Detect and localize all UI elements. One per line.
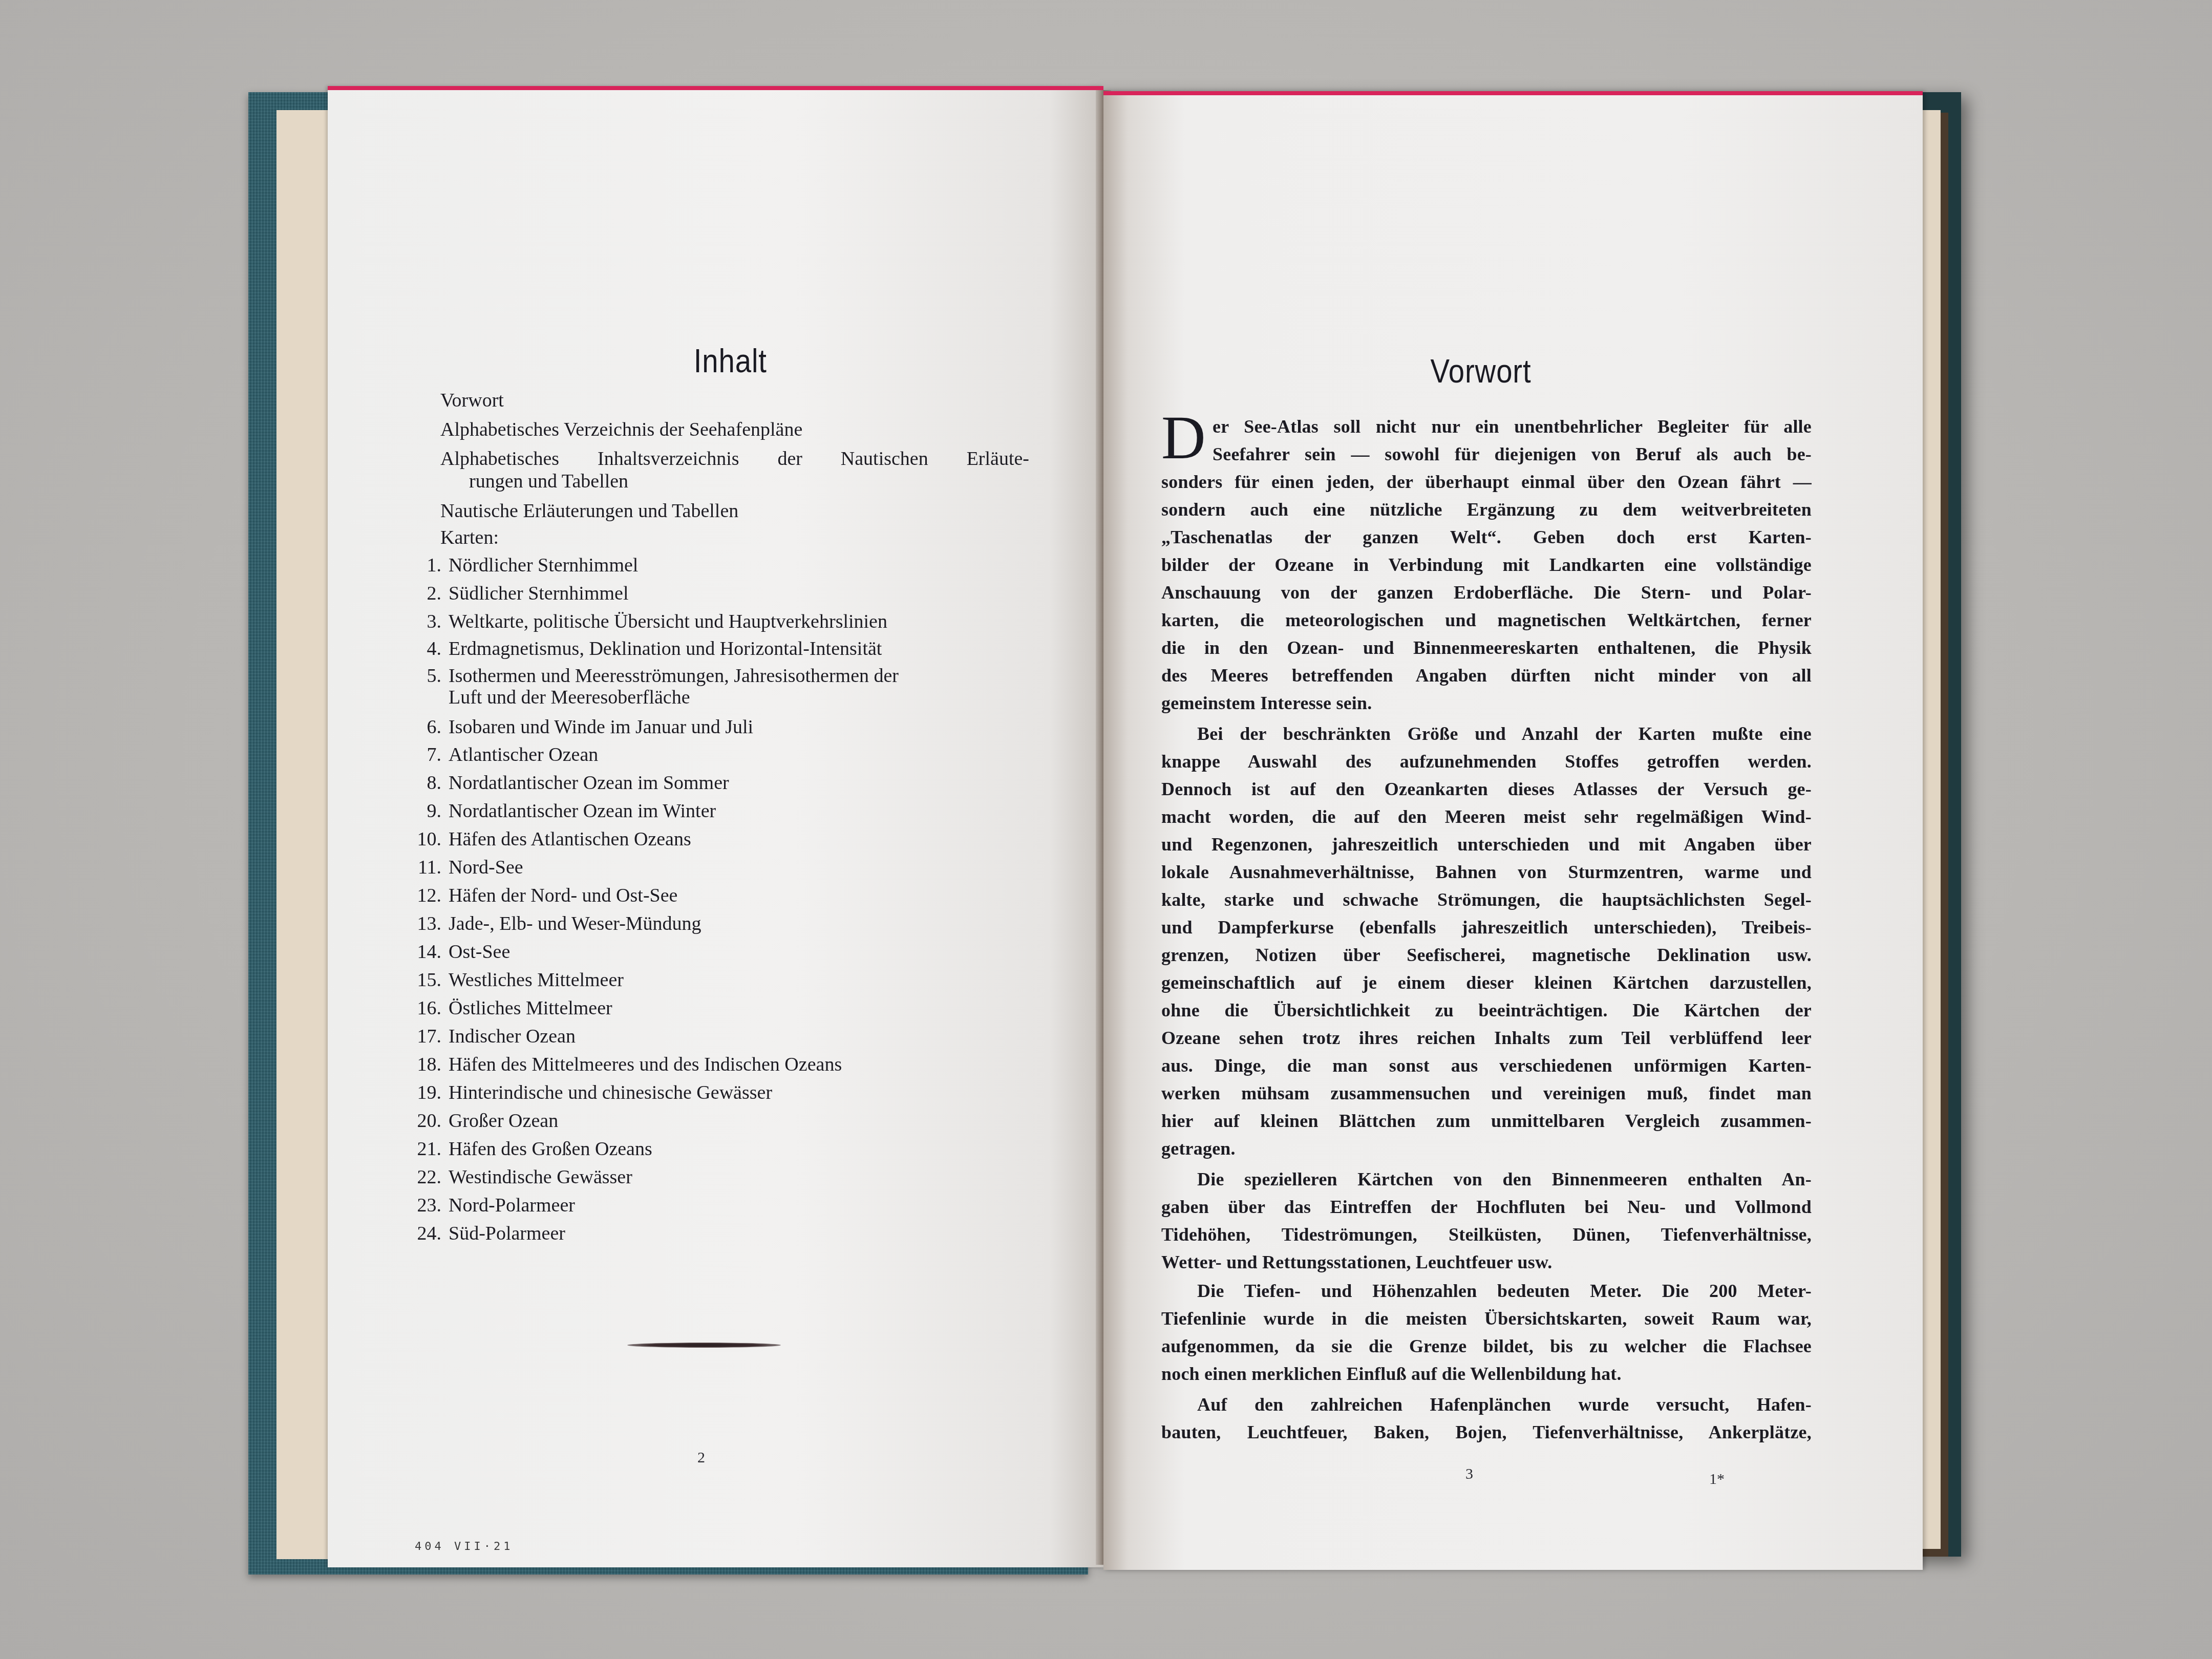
text-line: getragen. — [1161, 1138, 1236, 1159]
text-line: Bei der beschränkten Größe und Anzahl de… — [1197, 723, 1812, 745]
toc-map-item: 17.Indischer Ozean — [405, 1025, 576, 1048]
text-line: er See-Atlas soll nicht nur ein unentbeh… — [1213, 416, 1812, 437]
toc-map-item: 12.Häfen der Nord- und Ost-See — [405, 884, 677, 907]
signature-mark: 1* — [1709, 1471, 1725, 1488]
toc-map-item: 8.Nordatlantischer Ozean im Sommer — [405, 772, 729, 794]
text-line: noch einen merklichen Einfluß auf die We… — [1161, 1363, 1622, 1385]
text-line: lokale Ausnahmeverhältnisse, Bahnen von … — [1161, 861, 1812, 883]
text-line: Die Tiefen- und Höhenzahlen bedeuten Met… — [1197, 1280, 1812, 1302]
toc-map-item: 13.Jade-, Elb- und Weser-Mündung — [405, 912, 701, 935]
toc-map-item: 21.Häfen des Großen Ozeans — [405, 1138, 652, 1160]
foreword-heading: Vorwort — [1430, 352, 1531, 390]
text-line: gemeinstem Interesse sein. — [1161, 692, 1372, 714]
text-line: macht worden, die auf den Meeren meist s… — [1161, 806, 1812, 827]
toc-map-item: 11.Nord-See — [405, 856, 523, 879]
text-line: kalte, starke und schwache Strömungen, d… — [1161, 889, 1812, 910]
text-line: Anschauung von der ganzen Erdoberfläche.… — [1161, 582, 1812, 603]
text-line: hier auf kleinen Blättchen zum unmittelb… — [1161, 1110, 1812, 1132]
text-line: Dennoch ist auf den Ozeankarten dieses A… — [1161, 778, 1812, 800]
text-line: sondern auch eine nützliche Ergänzung zu… — [1161, 499, 1812, 520]
toc-map-item: 18.Häfen des Mittelmeeres und des Indisc… — [405, 1053, 842, 1076]
toc-map-item: 16.Östliches Mittelmeer — [405, 997, 612, 1019]
toc-map-item: 22.Westindische Gewässer — [405, 1166, 632, 1188]
text-line: und Dampferkurse (ebenfalls jahreszeitli… — [1161, 917, 1812, 938]
text-line: gemeinschaftlich auf je einem dieser kle… — [1161, 972, 1812, 993]
text-line: karten, die meteorologischen und magneti… — [1161, 609, 1812, 631]
text-line: knappe Auswahl des aufzunehmenden Stoffe… — [1161, 751, 1812, 772]
text-line: bauten, Leuchtfeuer, Baken, Bojen, Tiefe… — [1161, 1421, 1812, 1443]
toc-map-item: 6.Isobaren und Winde im Januar und Juli — [405, 716, 753, 738]
toc-item-nautische: Nautische Erläuterungen und Tabellen — [440, 500, 738, 522]
toc-map-item: 4.Erdmagnetismus, Deklination und Horizo… — [405, 637, 882, 660]
toc-map-item: 23.Nord-Polarmeer — [405, 1194, 575, 1217]
toc-map-item: 14.Ost-See — [405, 941, 510, 963]
page-number-left: 2 — [697, 1449, 705, 1466]
toc-map-item: 9.Nordatlantischer Ozean im Winter — [405, 800, 716, 822]
text-line: aufgenommen, da sie die Grenze bildet, b… — [1161, 1335, 1812, 1357]
dropcap: D — [1161, 410, 1206, 466]
text-line: „Taschenatlas der ganzen Welt“. Geben do… — [1161, 526, 1812, 548]
endpaper-left — [276, 110, 328, 1559]
end-ornament — [627, 1343, 781, 1348]
text-line: Ozeane sehen trotz ihres reichen Inhalts… — [1161, 1027, 1812, 1049]
toc-map-item: 15.Westliches Mittelmeer — [405, 969, 624, 991]
printer-mark: 404 VII·21 — [415, 1540, 513, 1553]
text-line: des Meeres betreffenden Angaben dürften … — [1161, 665, 1812, 686]
text-line: Auf den zahlreichen Hafenplänchen wurde … — [1197, 1394, 1812, 1415]
text-line: und Regenzonen, jahreszeitlich unterschi… — [1161, 834, 1812, 855]
page-number-right: 3 — [1465, 1465, 1473, 1483]
text-line: werken mühsam zusammensuchen und vereini… — [1161, 1082, 1812, 1104]
text-line: Seefahrer sein — sowohl für diejenigen v… — [1213, 443, 1812, 465]
toc-heading: Inhalt — [694, 342, 767, 380]
toc-map-item: 7.Atlantischer Ozean — [405, 743, 598, 766]
toc-item-seehafenplaene: Alphabetisches Verzeichnis der Seehafenp… — [440, 418, 802, 441]
text-line: Tidehöhen, Tideströmungen, Steilküsten, … — [1161, 1224, 1812, 1245]
toc-map-item: 2.Südlicher Sternhimmel — [405, 582, 628, 605]
text-line: Wetter- und Rettungsstationen, Leuchtfeu… — [1161, 1251, 1552, 1273]
toc-item-vorwort: Vorwort — [440, 389, 504, 412]
toc-map-item: 19.Hinterindische und chinesische Gewäss… — [405, 1081, 772, 1104]
toc-item-karten-label: Karten: — [440, 526, 499, 549]
text-line: sonders für einen jeden, der überhaupt e… — [1161, 471, 1812, 493]
text-line: die in den Ozean- und Binnenmeereskarten… — [1161, 637, 1812, 658]
toc-map-item: 20.Großer Ozean — [405, 1110, 558, 1132]
text-line: Tiefenlinie wurde in die meisten Übersic… — [1161, 1308, 1812, 1329]
text-line: gaben über das Eintreffen der Hochfluten… — [1161, 1196, 1812, 1218]
text-line: ohne die Übersichtlichkeit zu beeinträch… — [1161, 999, 1812, 1021]
toc-map-item-cont: Luft und der Meeresoberfläche — [449, 686, 690, 709]
toc-map-item: 5.Isothermen und Meeresströmungen, Jahre… — [405, 665, 899, 687]
toc-map-item: 3.Weltkarte, politische Übersicht und Ha… — [405, 610, 887, 633]
toc-map-item: 10.Häfen des Atlantischen Ozeans — [405, 828, 691, 850]
toc-map-item: 24.Süd-Polarmeer — [405, 1222, 565, 1245]
toc-item-inhaltsverzeichnis: Alphabetisches Inhaltsverzeichnis der Na… — [440, 448, 1029, 470]
text-line: bilder der Ozeane in Verbindung mit Land… — [1161, 554, 1812, 576]
text-line: grenzen, Notizen über Seefischerei, magn… — [1161, 944, 1812, 966]
text-line: aus. Dinge, die man sonst aus verschiede… — [1161, 1055, 1812, 1076]
toc-map-item: 1.Nördlicher Sternhimmel — [405, 554, 638, 577]
toc-item-inhaltsverzeichnis-cont: rungen und Tabellen — [469, 470, 628, 493]
text-line: Die spezielleren Kärtchen von den Binnen… — [1197, 1168, 1812, 1190]
